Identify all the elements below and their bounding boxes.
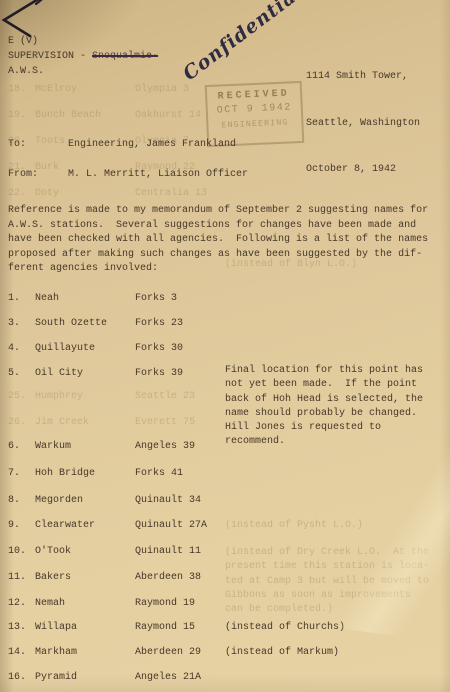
org-abbrev: A.W.S. [8, 66, 44, 77]
supervision-struck-word: Snoqualmie- [92, 51, 158, 62]
station-row: 11.BakersAberdeen 38 [8, 572, 444, 586]
document-page: E (V) SUPERVISION - Snoqualmie- A.W.S. C… [0, 0, 450, 692]
station-row: 13.WillapaRaymond 15(instead of Churchs) [8, 622, 444, 636]
from-value: M. L. Merritt, Liaison Officer [68, 169, 248, 180]
to-label: To: [8, 139, 26, 150]
station-5-note: Final location for this point has not ye… [225, 364, 445, 450]
station-row: 1.NeahForks 3 [8, 293, 444, 307]
station-row: 16.PyramidAngeles 21A [8, 672, 444, 686]
ghost-row: 22.DotyCentralia 13 [8, 188, 444, 202]
station-row: 14.MarkhamAberdeen 29(instead of Markum) [8, 647, 444, 661]
supervision-line: SUPERVISION - Snoqualmie- [8, 51, 158, 62]
station-row: 12.NemahRaymond 19 [8, 598, 444, 612]
station-row: 4.QuillayuteForks 30 [8, 343, 444, 357]
confidential-handwriting: Confidential [172, 0, 313, 90]
supervision-prefix: SUPERVISION - [8, 51, 92, 62]
station-row: 3.South OzetteForks 23 [8, 318, 444, 332]
station-row: 6.WarkumAngeles 39 [8, 441, 444, 455]
to-value: Engineering, James Frankland [68, 139, 236, 150]
ghost-row: 18.McElroyOlympia 3 [8, 84, 444, 98]
ghost-note-pysht: (instead of Pysht L.O.) [225, 520, 363, 531]
address-line-1: 1114 Smith Tower, [306, 69, 420, 85]
file-code: E (V) [8, 36, 38, 47]
ghost-row: 19.Bunch BeachOakhurst 14 [8, 110, 444, 124]
station-row: 8.MegordenQuinault 34 [8, 495, 444, 509]
ghost-note-blyn: (instead of Blyn L.O.) [225, 259, 357, 270]
station-row: 7.Hoh BridgeForks 41 [8, 468, 444, 482]
from-label: From: [8, 169, 38, 180]
pen-mark-icon [0, 0, 54, 40]
